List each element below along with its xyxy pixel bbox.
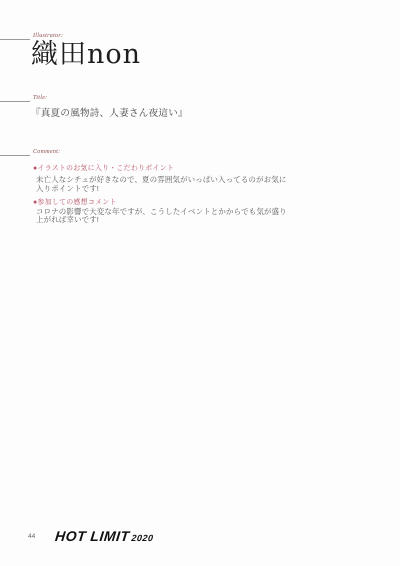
page-number: 44 — [28, 533, 35, 540]
comment-block-1-line-2: 入りポイントです! — [36, 183, 99, 194]
comment-section-rule — [0, 155, 30, 156]
title-label: Title: — [33, 95, 47, 101]
credit-page: Illustrator: 織田non Title: 『真夏の風物詩、人妻さん夜這… — [0, 0, 400, 566]
work-title: 『真夏の風物詩、人妻さん夜這い』 — [31, 105, 188, 119]
comment-block-1-heading: ●イラストのお気に入り・こだわりポイント — [33, 163, 174, 173]
logo-year-text: 2020 — [131, 533, 154, 543]
logo-title-text: HOT LIMIT — [54, 528, 130, 544]
comment-label: Comment: — [33, 149, 60, 155]
title-section-rule — [0, 101, 30, 102]
illustrator-name: 織田non — [31, 41, 141, 68]
illustrator-section-rule — [0, 39, 30, 40]
comment-block-2-line-2: 上がれば幸いです! — [36, 214, 99, 225]
hot-limit-logo: HOT LIMIT2020 — [54, 528, 154, 546]
